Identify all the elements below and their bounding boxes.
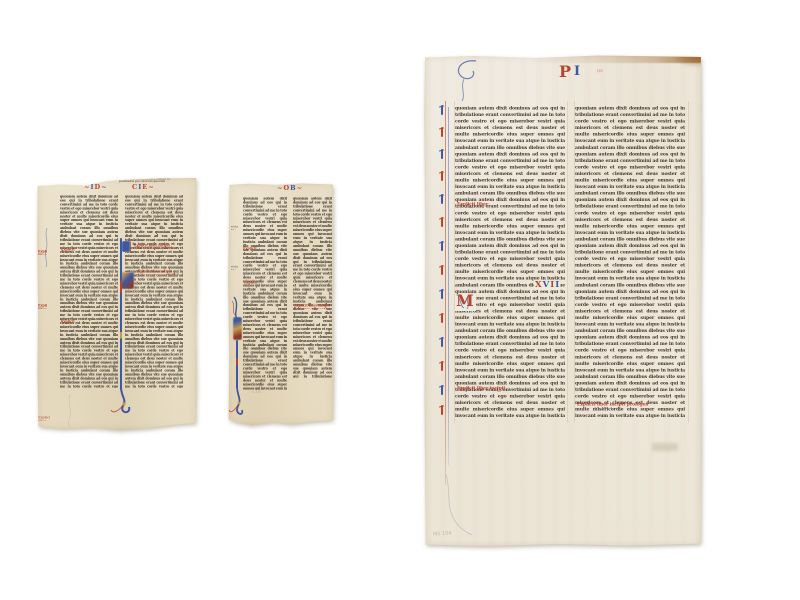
rubric-line: Explicit liber incipit prologus sequenti… (294, 304, 330, 309)
manuscript-leaf-large: PI ns quoniam autem dixit dominus ad eos… (424, 55, 702, 547)
margin-line-blue (448, 107, 449, 465)
rubric-line: Explicit liber incipit prologus sequenti… (457, 202, 497, 208)
text-column: quoniam autem dixit dominus ad eos qui i… (243, 197, 287, 390)
parchment-surface: ~ID~ CIE~ nota hic de misericordia domin… (37, 178, 197, 430)
rubric-mark: Explicit liber incipit prologus sequenti… (243, 247, 257, 251)
chapter-numeral: XVII (534, 281, 560, 290)
ruling-line (567, 101, 568, 423)
marginal-annotation: nota hic de misericordia domini et penit… (119, 178, 179, 187)
rubric-line: Explicit liber incipit prologus sequenti… (136, 270, 180, 275)
penwork-bar (120, 238, 122, 390)
header-letter: X (535, 281, 542, 290)
penwork-bar (236, 340, 238, 388)
header-letter: ~ (84, 184, 89, 191)
manuscript-leaf-middle: ~OB~ quoniam autem dixit dominus ad eos … (228, 183, 334, 425)
ruling-line (688, 101, 689, 423)
rubric-line: Explicit liber incipit prologus sequenti… (134, 244, 182, 249)
rubric-mark: Explicit liber incipit prologus sequenti… (61, 320, 79, 324)
stain (672, 55, 702, 68)
pencil-note: s.xiii (252, 389, 261, 394)
margin-penwork (43, 228, 51, 268)
pencil-curve (442, 475, 476, 537)
penwork-flourish-top (446, 57, 486, 103)
rubric-line: Explicit liber incipit prologus sequenti… (457, 386, 513, 392)
header-letter: I (550, 281, 554, 290)
penwork-flourish-tail (228, 386, 248, 422)
parchment-surface: PI ns quoniam autem dixit dominus ad eos… (424, 55, 702, 547)
penwork-flourish-tail (109, 387, 137, 419)
parchment-surface: ~OB~ quoniam autem dixit dominus ad eos … (228, 183, 334, 425)
header-letter: P (559, 64, 571, 80)
initial-penwork (455, 294, 476, 311)
illuminated-initial: M (455, 294, 476, 311)
illuminated-initial (122, 241, 130, 252)
photo-background: ~ID~ CIE~ nota hic de misericordia domin… (0, 0, 800, 600)
rubric-line: Explicit liber incipit prologus sequenti… (577, 402, 649, 408)
penwork-flourish-top (228, 295, 244, 321)
header-letter: I (555, 281, 559, 290)
header-letter: I (90, 184, 93, 191)
header-letter: I (574, 64, 580, 79)
margin-mark: nota hic de misericordia domini et penit… (231, 265, 239, 270)
rubric-mark: Explicit liber incipit prologus sequenti… (61, 248, 75, 252)
text-column: quoniam autem dixit dominus ad eos qui i… (455, 105, 565, 418)
rubric-mark: Explicit liber incipit prologus sequenti… (244, 281, 262, 285)
running-header: PI (559, 64, 580, 80)
header-letter: ~ (297, 185, 302, 192)
header-letter: O (283, 185, 289, 192)
text-column: quoniam autem dixit dominus ad eos qui i… (575, 105, 685, 418)
header-letter: ~ (277, 185, 282, 192)
running-header: ~ID~ (84, 184, 107, 191)
margin-mark: nota hic de misericordia domini et penit… (231, 225, 239, 230)
illuminated-initial (121, 272, 134, 289)
margin-mark: Explicit liber incipit prologus sequenti… (38, 416, 50, 421)
margin-mark: Explicit liber incipit prologus sequenti… (38, 250, 47, 255)
text-column: quoniam autem dixit dominus ad eos qui i… (60, 195, 118, 388)
header-letter: B (290, 185, 296, 192)
header-letter: ~ (101, 184, 106, 191)
header-scribble: ns (597, 68, 603, 75)
offset-ghost-flourish (61, 394, 79, 428)
margin-mark: Explicit liber incipit prologus sequenti… (38, 304, 47, 309)
text-column: quoniam autem dixit dominus ad eos qui i… (125, 195, 183, 388)
header-letter: D (95, 184, 101, 191)
margin-line-red (445, 101, 446, 485)
stain (652, 443, 678, 451)
running-header: ~OB~ (277, 185, 302, 192)
manuscript-leaf-left: ~ID~ CIE~ nota hic de misericordia domin… (37, 178, 197, 430)
header-letter: V (543, 281, 550, 290)
text-column: quoniam autem dixit dominus ad eos qui i… (293, 197, 332, 378)
